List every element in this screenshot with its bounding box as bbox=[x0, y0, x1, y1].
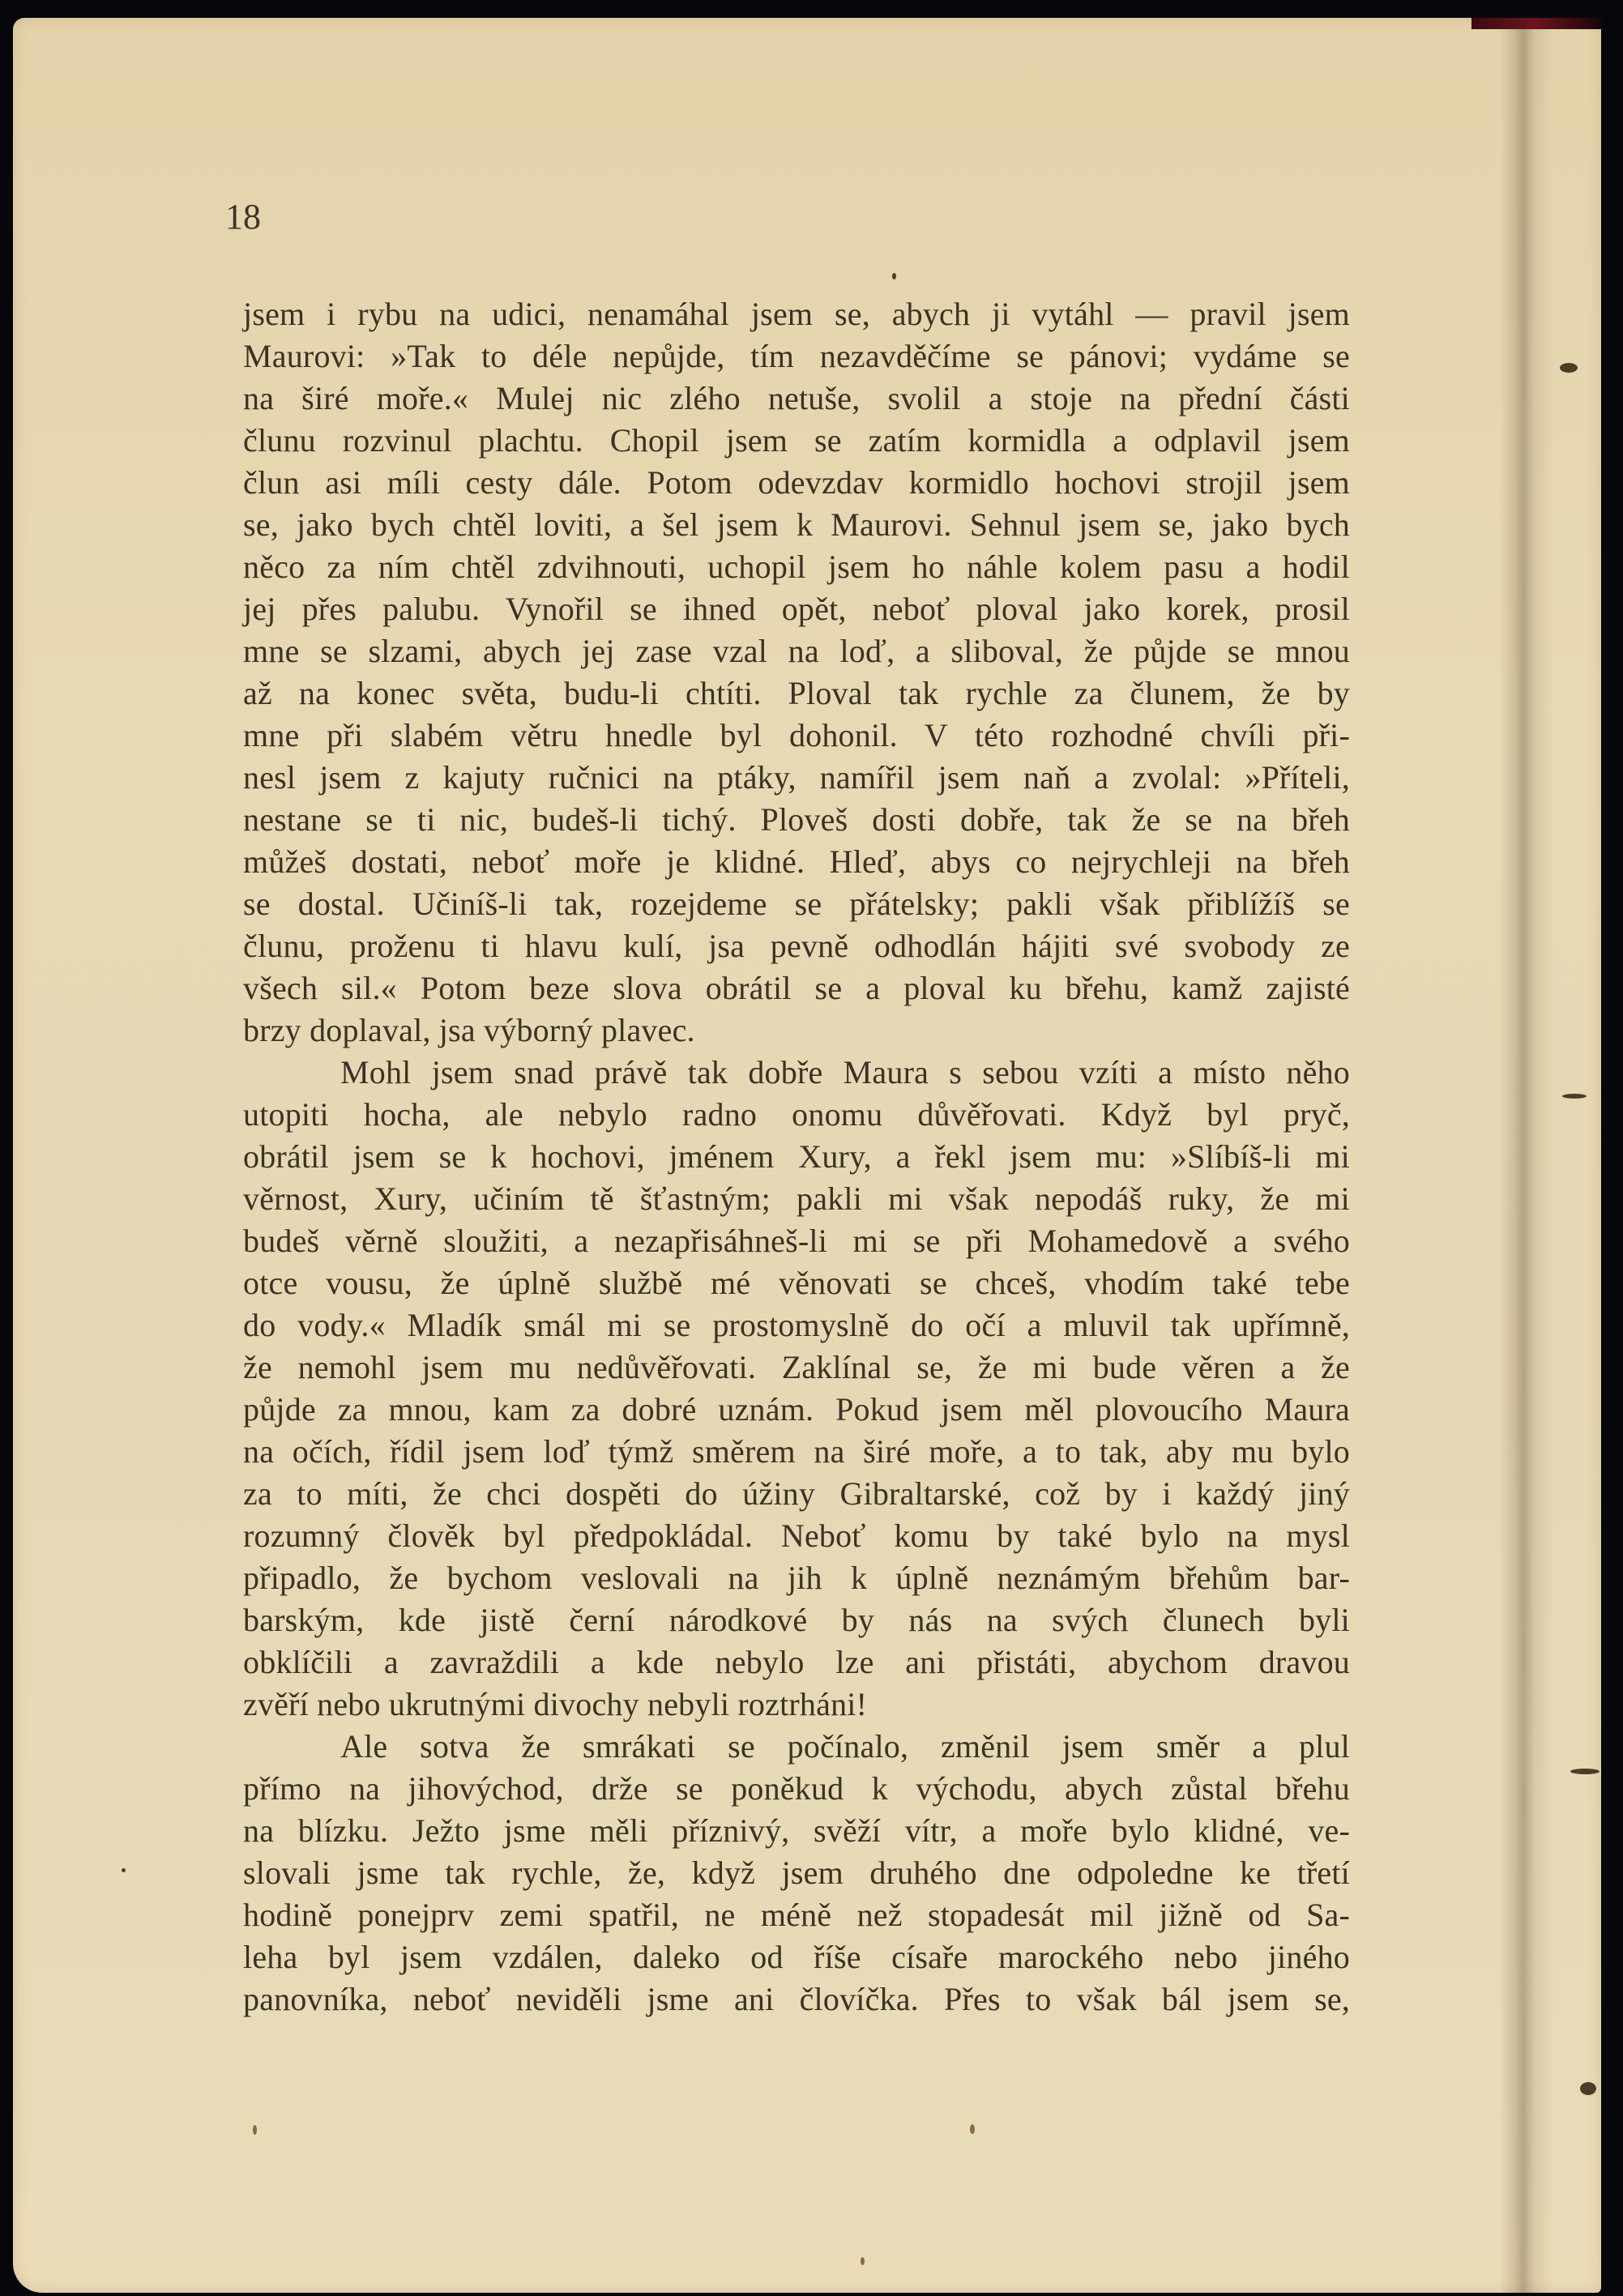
text-line: do vody.« Mladík smál mi se prostomyslně… bbox=[243, 1304, 1350, 1346]
ink-speck-mark bbox=[970, 2124, 975, 2134]
body-text: jsem i rybu na udici, nenamáhal jsem se,… bbox=[243, 293, 1350, 2021]
ink-speck-mark bbox=[892, 273, 896, 280]
text-line: barským, kde jistě černí národkové by ná… bbox=[243, 1599, 1350, 1641]
text-line: leha byl jsem vzdálen, daleko od říše cí… bbox=[243, 1936, 1350, 1978]
text-line: brzy doplaval, jsa výborný plavec. bbox=[243, 1009, 1350, 1052]
text-line: se dostal. Učiníš-li tak, rozejdeme se p… bbox=[243, 883, 1350, 925]
text-line: hodině ponejprv zemi spatřil, ne méně ne… bbox=[243, 1894, 1350, 1936]
text-line: připadlo, že bychom veslovali na jih k ú… bbox=[243, 1557, 1350, 1599]
text-line: Mohl jsem snad právě tak dobře Maura s s… bbox=[243, 1052, 1350, 1094]
ink-blot-mark bbox=[1562, 1094, 1587, 1099]
text-line: Maurovi: »Tak to déle nepůjde, tím nezav… bbox=[243, 335, 1350, 378]
text-line: přímo na jihovýchod, drže se poněkud k v… bbox=[243, 1768, 1350, 1810]
ink-speck-mark bbox=[122, 1868, 126, 1872]
text-line: můžeš dostati, neboť moře je klidné. Hle… bbox=[243, 841, 1350, 883]
ink-speck-mark bbox=[861, 2257, 865, 2265]
text-line: nesl jsem z kajuty ručnici na ptáky, nam… bbox=[243, 757, 1350, 799]
text-line: rozumný člověk byl předpokládal. Neboť k… bbox=[243, 1515, 1350, 1557]
page-number: 18 bbox=[225, 199, 261, 235]
text-line: všech sil.« Potom beze slova obrátil se … bbox=[243, 967, 1350, 1009]
ink-blot-mark bbox=[1570, 1769, 1600, 1774]
text-line: mne při slabém větru hnedle byl dohonil.… bbox=[243, 715, 1350, 757]
text-line: zvěří nebo ukrutnými divochy nebyli rozt… bbox=[243, 1684, 1350, 1726]
ink-speck-mark bbox=[253, 2125, 257, 2135]
paragraph: Mohl jsem snad právě tak dobře Maura s s… bbox=[243, 1052, 1350, 1726]
text-line: věrnost, Xury, učiním tě šťastným; pakli… bbox=[243, 1178, 1350, 1220]
text-line: jej přes palubu. Vynořil se ihned opět, … bbox=[243, 588, 1350, 630]
ink-blot-mark bbox=[1580, 2082, 1596, 2095]
text-line: člunu, proženu ti hlavu kulí, jsa pevně … bbox=[243, 925, 1350, 967]
text-line: budeš věrně sloužiti, a nezapřisáhneš-li… bbox=[243, 1220, 1350, 1262]
text-line: na širé moře.« Mulej nic zlého netuše, s… bbox=[243, 378, 1350, 420]
scanned-book-page-frame: 18 jsem i rybu na udici, nenamáhal jsem … bbox=[0, 0, 1623, 2296]
text-line: obrátil jsem se k hochovi, jménem Xury, … bbox=[243, 1136, 1350, 1178]
page-top-edge bbox=[1471, 18, 1601, 29]
text-line: člunu rozvinul plachtu. Chopil jsem se z… bbox=[243, 420, 1350, 462]
text-line: člun asi míli cesty dále. Potom odevzdav… bbox=[243, 462, 1350, 504]
text-line: obklíčili a zavraždili a kde nebylo lze … bbox=[243, 1641, 1350, 1684]
text-line: panovníka, neboť neviděli jsme ani človí… bbox=[243, 1978, 1350, 2021]
text-line: utopiti hocha, ale nebylo radno onomu dů… bbox=[243, 1094, 1350, 1136]
text-line: se, jako bych chtěl loviti, a šel jsem k… bbox=[243, 504, 1350, 546]
text-line: až na konec světa, budu-li chtíti. Plova… bbox=[243, 672, 1350, 715]
text-line: za to míti, že chci dospěti do úžiny Gib… bbox=[243, 1473, 1350, 1515]
text-line: něco za ním chtěl zdvihnouti, uchopil js… bbox=[243, 546, 1350, 588]
text-line: na blízku. Ježto jsme měli příznivý, svě… bbox=[243, 1810, 1350, 1852]
text-line: nestane se ti nic, budeš-li tichý. Plove… bbox=[243, 799, 1350, 841]
text-line: půjde za mnou, kam za dobré uznám. Pokud… bbox=[243, 1389, 1350, 1431]
text-line: na očích, řídil jsem loď týmž směrem na … bbox=[243, 1431, 1350, 1473]
text-line: slovali jsme tak rychle, že, když jsem d… bbox=[243, 1852, 1350, 1894]
text-line: jsem i rybu na udici, nenamáhal jsem se,… bbox=[243, 293, 1350, 335]
paragraph: Ale sotva že smrákati se počínalo, změni… bbox=[243, 1726, 1350, 2021]
text-line: otce vousu, že úplně službě mé věnovati … bbox=[243, 1262, 1350, 1304]
text-line: Ale sotva že smrákati se počínalo, změni… bbox=[243, 1726, 1350, 1768]
paragraph: jsem i rybu na udici, nenamáhal jsem se,… bbox=[243, 293, 1350, 1052]
ink-blot-mark bbox=[1560, 363, 1578, 373]
text-line: mne se slzami, abych jej zase vzal na lo… bbox=[243, 630, 1350, 672]
text-line: že nemohl jsem mu nedůvěřovati. Zaklínal… bbox=[243, 1346, 1350, 1389]
